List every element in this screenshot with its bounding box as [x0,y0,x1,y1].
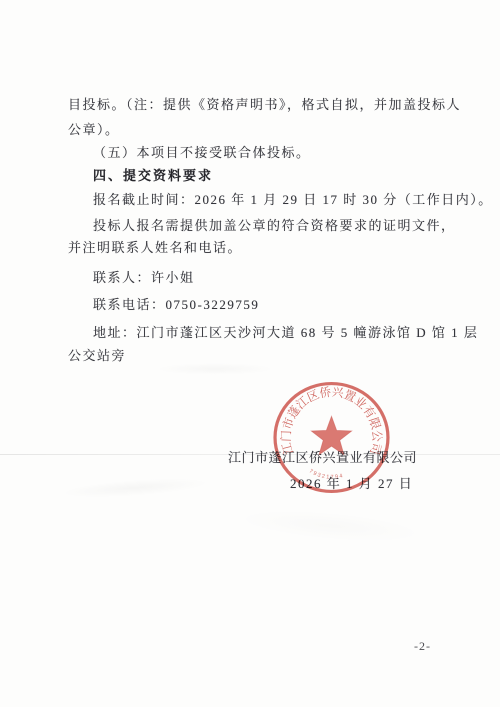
body-line: 目投标。（注：提供《资格声明书》，格式自拟，并加盖投标人 [68,94,461,113]
body-line: （五）本项目不接受联合体投标。 [93,142,311,161]
seal-serial-number: 79321794 [308,468,345,480]
deadline-line: 报名截止时间：2026 年 1 月 29 日 17 时 30 分（工作日内）。 [93,189,493,208]
contact-phone-line: 联系电话：0750-3229759 [93,294,259,313]
address-line-cont: 公交站旁 [68,345,126,364]
scan-smudge [60,475,211,501]
body-line: 并注明联系人姓名和电话。 [68,237,242,256]
page-number: -2- [414,639,431,654]
scanned-document-page: 目投标。（注：提供《资格声明书》，格式自拟，并加盖投标人 公章）。 （五）本项目… [0,0,500,707]
scan-smudge [155,363,275,375]
scan-smudge [234,504,426,548]
section-heading: 四、提交资料要求 [93,165,213,184]
company-seal-stamp: 江门市蓬江区侨兴置业有限公司 79321794 [271,381,392,494]
contact-person-line: 联系人：许小姐 [93,267,195,286]
body-line: 公章）。 [68,119,120,138]
address-line: 地址：江门市蓬江区天沙河大道 68 号 5 幢游泳馆 D 馆 1 层 [93,322,478,341]
seal-star-icon [311,416,351,454]
body-line: 投标人报名需提供加盖公章的符合资格要求的证明文件， [93,215,456,234]
